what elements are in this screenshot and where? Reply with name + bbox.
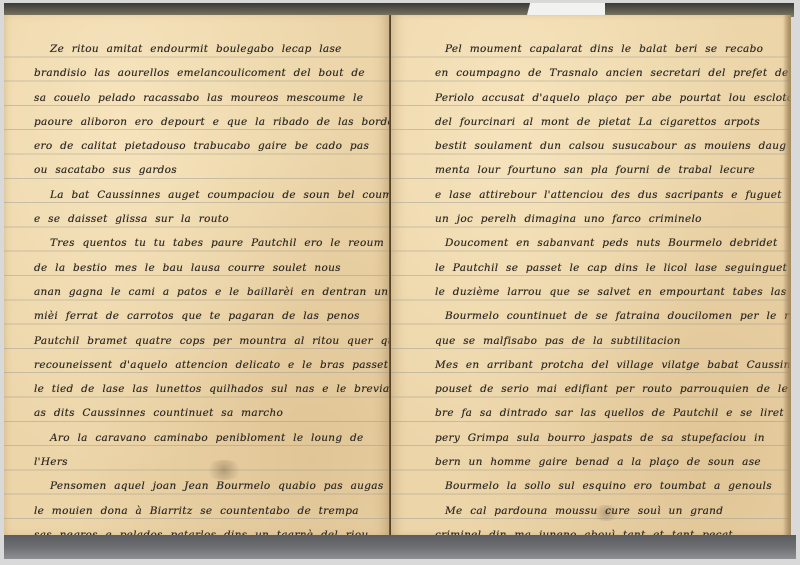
handwritten-line: Ze ritou amitat endourmit boulegabo leca… — [4, 37, 390, 61]
handwritten-line: pery Grimpa sula bourro jaspats de sa st… — [391, 426, 791, 450]
handwritten-line: Bourmelo countinuet de se fatraina douci… — [391, 304, 791, 328]
handwritten-line: Pautchil bramet quatre cops per mountra … — [4, 329, 390, 353]
handwritten-line: e lase attirebour l'attenciou des dus sa… — [391, 183, 791, 207]
handwritten-line: Mes en arribant protcha del village vila… — [391, 353, 791, 377]
loose-paper-corner — [527, 3, 605, 15]
handwritten-line: le tied de lase las lunettos quilhados s… — [4, 377, 390, 401]
handwritten-line: Aro la caravano caminabo penibloment le … — [4, 426, 390, 450]
scanned-notebook: Ze ritou amitat endourmit boulegabo leca… — [0, 0, 800, 565]
handwritten-line: ou sacatabo sus gardos — [4, 158, 390, 182]
handwritten-line: bestit soulament dun calsou susucabour a… — [391, 134, 791, 158]
handwritten-line: Pensomen aquel joan Jean Bourmelo quabio… — [4, 474, 390, 498]
handwritten-line: Bourmelo la sollo sul esquino ero toumba… — [391, 474, 791, 498]
left-page: Ze ritou amitat endourmit boulegabo leca… — [4, 15, 391, 535]
handwritten-line: bre fa sa dintrado sar las quellos de Pa… — [391, 401, 791, 425]
handwritten-line: pouset de serio mai edifiant per routo p… — [391, 377, 791, 401]
handwritten-line: anan gagna le cami a patos e le baillarè… — [4, 280, 390, 304]
handwritten-line: en coumpagno de Trasnalo ancien secretar… — [391, 61, 791, 85]
handwritten-line: menta lour fourtuno san pla fourni de tr… — [391, 158, 791, 182]
handwritten-line: que se malfisabo pas de la subtilitacion — [391, 329, 791, 353]
handwritten-line: Me cal pardouna moussu cure souì un gran… — [391, 499, 791, 523]
handwritten-line: e se daisset glissa sur la routo — [4, 207, 390, 231]
right-page-text: Pel moument capalarat dins le balat beri… — [391, 37, 791, 535]
handwritten-line: recouneissent d'aquelo attencion delicat… — [4, 353, 390, 377]
handwritten-line: le Pautchil se passet le cap dins le lic… — [391, 256, 791, 280]
handwritten-line: de la bestio mes le bau lausa courre sou… — [4, 256, 390, 280]
handwritten-line: brandisio las aourellos emelancoulicomen… — [4, 61, 390, 85]
handwritten-line: le duzième larrou que se salvet en empou… — [391, 280, 791, 304]
handwritten-line: mièi ferrat de carrotos que te pagaran d… — [4, 304, 390, 328]
handwritten-line: Pel moument capalarat dins le balat beri… — [391, 37, 791, 61]
handwritten-line: le mouien dona à Biarritz se countentabo… — [4, 499, 390, 523]
handwritten-line: Tres quentos tu tu tabes paure Pautchil … — [4, 231, 390, 255]
handwritten-line: La bat Caussinnes auget coumpaciou de so… — [4, 183, 390, 207]
handwritten-line: l'Hers — [4, 450, 390, 474]
handwritten-line: Doucoment en sabanvant peds nuts Bourmel… — [391, 231, 791, 255]
left-page-text: Ze ritou amitat endourmit boulegabo leca… — [4, 37, 390, 535]
handwritten-line: as dits Caussinnes countinuet sa marcho — [4, 401, 390, 425]
handwritten-line: sa couelo pelado racassabo las moureos m… — [4, 86, 390, 110]
right-page: Pel moument capalarat dins le balat beri… — [391, 15, 791, 535]
handwritten-line: sas negros e pelados patarlos dins un ta… — [4, 523, 390, 535]
handwritten-line: bern un homme gaire benad a la plaço de … — [391, 450, 791, 474]
handwritten-line: un joc perelh dimagina uno farco crimine… — [391, 207, 791, 231]
handwritten-line: del fourcinari al mont de pietat La ciga… — [391, 110, 791, 134]
handwritten-line: ero de calitat pietadouso trabucabo gair… — [4, 134, 390, 158]
handwritten-line: criminel din ma juneno abouì tant et tan… — [391, 523, 791, 535]
handwritten-line: Periolo accusat d'aquelo plaço per abe p… — [391, 86, 791, 110]
handwritten-line: paoure aliboron ero depourt e que la rib… — [4, 110, 390, 134]
scan-bottom-shadow — [4, 535, 796, 559]
